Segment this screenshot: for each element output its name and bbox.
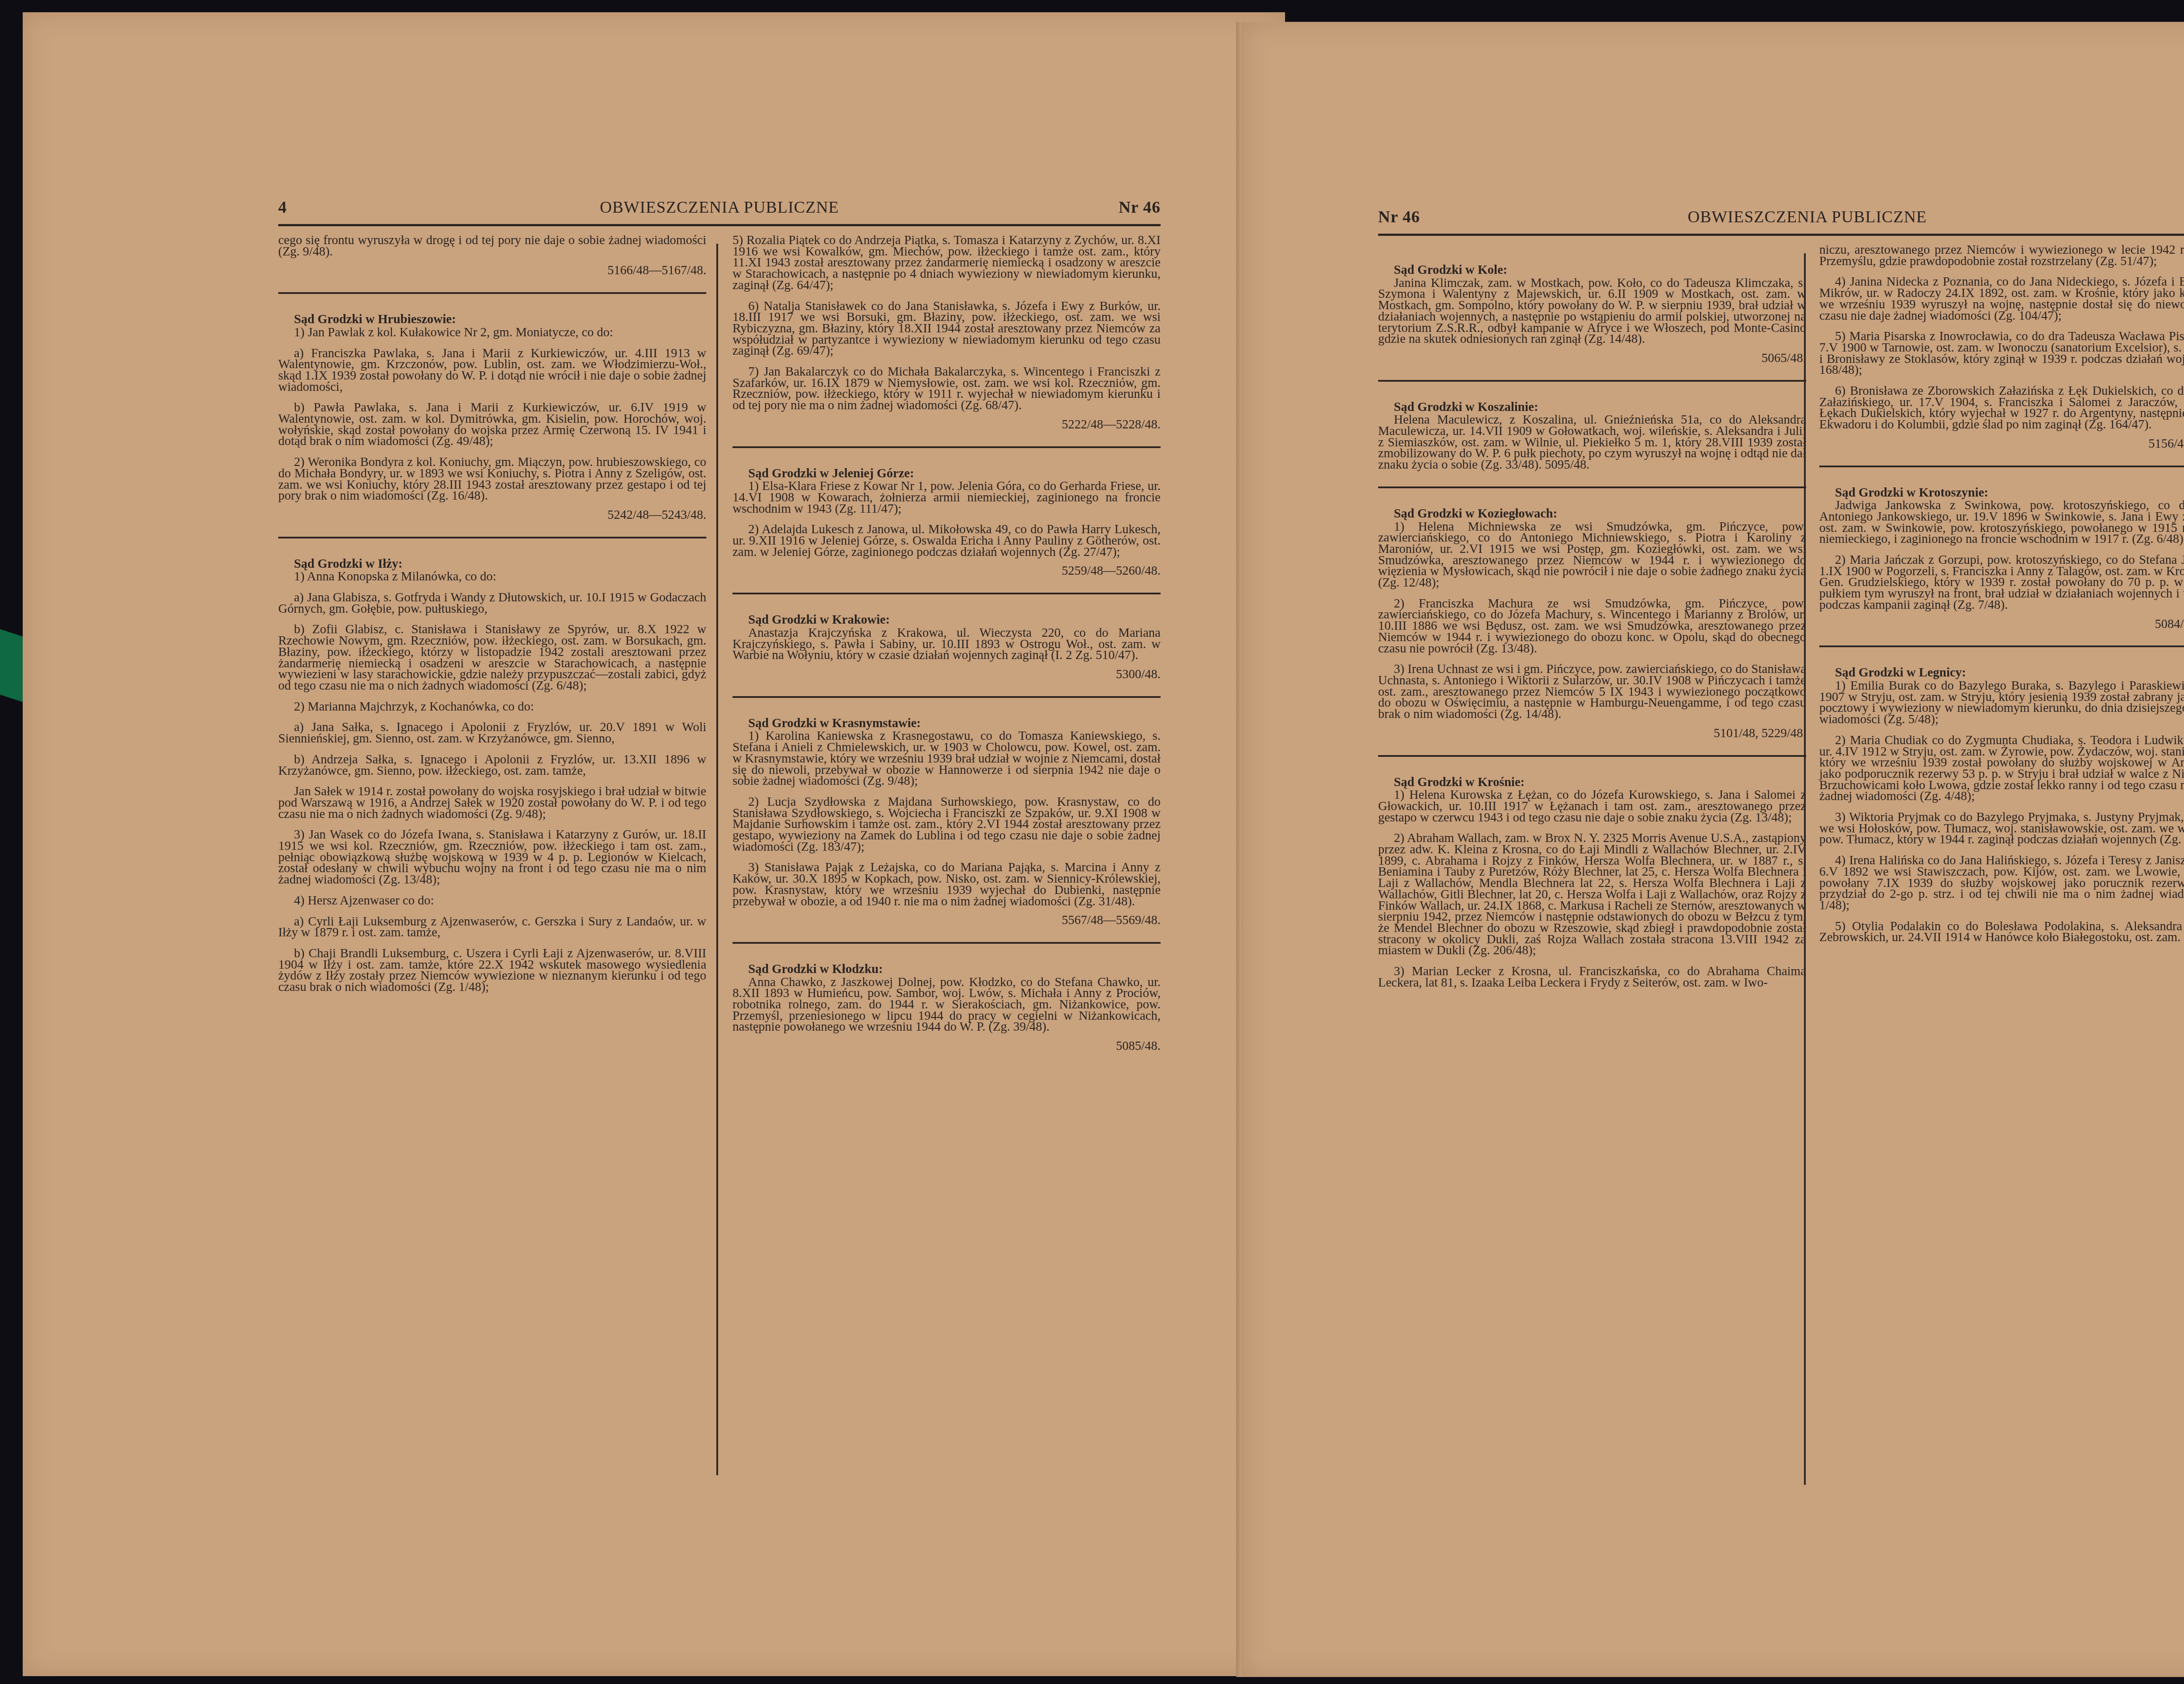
notice-paragraph: 1) Jan Pawlak z kol. Kułakowice Nr 2, gm…	[278, 327, 706, 338]
notice-paragraph: 2) Abraham Wallach, zam. w Brox N. Y. 23…	[1378, 833, 1806, 956]
notice-paragraph: b) Pawła Pawlaka, s. Jana i Marii z Kurk…	[278, 402, 706, 447]
court-heading: Sąd Grodzki w Krasnymstawie:	[733, 718, 1161, 729]
court-heading: Sąd Grodzki w Krośnie:	[1378, 777, 1806, 788]
reference-number: 5085/48.	[733, 1041, 1161, 1052]
notice-paragraph: 6) Bronisława ze Zborowskich Załazińska …	[1819, 386, 2184, 431]
court-heading: Sąd Grodzki w Jeleniej Górze:	[733, 468, 1161, 480]
left-page: 4 OBWIESZCZENIA PUBLICZNE Nr 46 cego się…	[23, 12, 1285, 1676]
section-separator	[733, 593, 1161, 594]
right-page: Nr 46 OBWIESZCZENIA PUBLICZNE 5 Sąd Grod…	[1243, 22, 2184, 1677]
reference-number: 5222/48—5228/48.	[733, 419, 1161, 431]
court-heading: Sąd Grodzki w Iłży:	[278, 559, 706, 570]
court-heading: Sąd Grodzki w Legnicy:	[1819, 667, 2184, 679]
notice-paragraph: 4) Hersz Ajzenwaser co do:	[278, 895, 706, 907]
column-divider	[716, 244, 718, 1475]
notice-paragraph: 4) Irena Halińska co do Jana Halińskiego…	[1819, 855, 2184, 911]
section-separator	[733, 446, 1161, 448]
notice-paragraph: 3) Stanisława Pająk z Leżajska, co do Ma…	[733, 862, 1161, 907]
court-heading: Sąd Grodzki w Hrubieszowie:	[278, 314, 706, 325]
notice-paragraph: a) Franciszka Pawlaka, s. Jana i Marii z…	[278, 348, 706, 393]
notice-paragraph: 2) Weronika Bondyra z kol. Koniuchy, gm.…	[278, 457, 706, 502]
court-heading: Sąd Grodzki w Krakowie:	[733, 614, 1161, 626]
running-head-right: Nr 46 OBWIESZCZENIA PUBLICZNE 5	[1378, 207, 2184, 236]
reference-number: 5084/48, 5170/48.	[1819, 619, 2184, 630]
notice-paragraph: 1) Helena Kurowska z Łężan, co do Józefa…	[1378, 790, 1806, 823]
notice-paragraph: 1) Helena Michniewska ze wsi Smudzówka, …	[1378, 521, 1806, 589]
running-head-left: 4 OBWIESZCZENIA PUBLICZNE Nr 46	[278, 198, 1161, 226]
section-separator	[278, 537, 706, 538]
right-page-column-1: Sąd Grodzki w Kole:Janina Klimczak, zam.…	[1378, 245, 1806, 998]
notice-paragraph: 3) Jan Wasek co do Józefa Iwana, s. Stan…	[278, 829, 706, 886]
notice-paragraph: 2) Maria Jańczak z Gorzupi, pow. krotosz…	[1819, 555, 2184, 611]
section-separator	[1378, 755, 1806, 757]
court-heading: Sąd Grodzki w Koziegłowach:	[1378, 508, 1806, 520]
section-separator	[1819, 466, 2184, 467]
section-separator	[1378, 380, 1806, 382]
notice-paragraph: a) Jana Glabisza, s. Gotfryda i Wandy z …	[278, 592, 706, 614]
notice-paragraph: a) Jana Sałka, s. Ignacego i Apolonii z …	[278, 722, 706, 744]
section-separator	[278, 292, 706, 294]
notice-paragraph: 3) Irena Uchnast ze wsi i gm. Pińczyce, …	[1378, 664, 1806, 720]
court-heading: Sąd Grodzki w Krotoszynie:	[1819, 487, 2184, 499]
section-separator	[1819, 645, 2184, 647]
notice-paragraph: 1) Karolina Kaniewska z Krasnegostawu, c…	[733, 731, 1161, 787]
notice-paragraph: 1) Elsa-Klara Friese z Kowar Nr 1, pow. …	[733, 481, 1161, 514]
notice-paragraph: 2) Adelajda Lukesch z Janowa, ul. Mikoło…	[733, 524, 1161, 558]
notice-paragraph: 5) Otylia Podalakin co do Bolesława Podo…	[1819, 921, 2184, 943]
notice-paragraph: Janina Klimczak, zam. w Mostkach, pow. K…	[1378, 278, 1806, 345]
section-separator	[1378, 487, 1806, 488]
section-separator	[733, 942, 1161, 944]
notice-paragraph: cego się frontu wyruszyła w drogę i od t…	[278, 235, 706, 257]
reference-number: 5166/48—5167/48.	[278, 265, 706, 276]
notice-paragraph: 2) Maria Chudiak co do Zygmunta Chudiaka…	[1819, 735, 2184, 802]
notice-paragraph: Jadwiga Jankowska z Swinkowa, pow. kroto…	[1819, 500, 2184, 545]
notice-paragraph: 1) Anna Konopska z Milanówka, co do:	[278, 571, 706, 583]
court-heading: Sąd Grodzki w Kole:	[1378, 265, 1806, 276]
reference-number: 5065/48.	[1378, 353, 1806, 364]
notice-paragraph: 2) Marianna Majchrzyk, z Kochanówka, co …	[278, 701, 706, 713]
notice-paragraph: 2) Franciszka Machura ze wsi Smudzówka, …	[1378, 598, 1806, 655]
reference-number: 5567/48—5569/48.	[733, 915, 1161, 926]
notice-paragraph: 3) Marian Lecker z Krosna, ul. Franciszk…	[1378, 966, 1806, 988]
notice-paragraph: Helena Maculewicz, z Koszalina, ul. Gnie…	[1378, 414, 1806, 471]
notice-paragraph: 6) Natalja Stanisławek co do Jana Stanis…	[733, 301, 1161, 357]
notice-paragraph: Anna Chawko, z Jaszkowej Dolnej, pow. Kł…	[733, 977, 1161, 1033]
left-page-column-2: 5) Rozalia Piątek co do Andrzeja Piątka,…	[733, 235, 1161, 1052]
notice-paragraph: 5) Maria Pisarska z Inowrocławia, co do …	[1819, 331, 2184, 376]
left-page-column-1: cego się frontu wyruszyła w drogę i od t…	[278, 235, 706, 1003]
publication-title: OBWIESZCZENIA PUBLICZNE	[278, 198, 1161, 217]
notice-paragraph: 5) Rozalia Piątek co do Andrzeja Piątka,…	[733, 235, 1161, 291]
reference-number: 5156/48—5161/48.	[1819, 438, 2184, 450]
reference-number: 5259/48—5260/48.	[733, 566, 1161, 577]
court-heading: Sąd Grodzki w Koszalinie:	[1378, 402, 1806, 413]
section-separator	[733, 696, 1161, 698]
reference-number: 5300/48.	[733, 669, 1161, 680]
reference-number: 5242/48—5243/48.	[278, 510, 706, 521]
issue-number: Nr 46	[1119, 198, 1161, 217]
notice-paragraph: b) Chaji Brandli Luksemburg, c. Uszera i…	[278, 948, 706, 993]
notice-paragraph: Anastazja Krajczyńska z Krakowa, ul. Wie…	[733, 628, 1161, 661]
notice-paragraph: b) Andrzeja Sałka, s. Ignacego i Apoloni…	[278, 754, 706, 776]
notice-paragraph: 1) Emilia Burak co do Bazylego Buraka, s…	[1819, 680, 2184, 725]
notice-paragraph: Jan Sałek w 1914 r. został powołany do w…	[278, 786, 706, 820]
notice-paragraph: 2) Lucja Szydłowska z Majdana Surhowskie…	[733, 797, 1161, 853]
right-page-column-2: niczu, aresztowanego przez Niemców i wyw…	[1819, 245, 2184, 953]
notice-paragraph: 3) Wiktoria Pryjmak co do Bazylego Pryjm…	[1819, 812, 2184, 845]
court-heading: Sąd Grodzki w Kłodzku:	[733, 964, 1161, 975]
reference-number: 5101/48, 5229/48.	[1378, 728, 1806, 739]
notice-paragraph: 7) Jan Bakalarczyk co do Michała Bakalar…	[733, 366, 1161, 411]
publication-title: OBWIESZCZENIA PUBLICZNE	[1378, 207, 2184, 227]
notice-paragraph: b) Zofii Glabisz, c. Stanisława i Stanis…	[278, 624, 706, 691]
notice-paragraph: 4) Janina Nidecka z Poznania, co do Jana…	[1819, 276, 2184, 321]
notice-paragraph: niczu, aresztowanego przez Niemców i wyw…	[1819, 245, 2184, 267]
notice-paragraph: a) Cyrli Łaji Luksemburg z Ajzenwaserów,…	[278, 916, 706, 939]
